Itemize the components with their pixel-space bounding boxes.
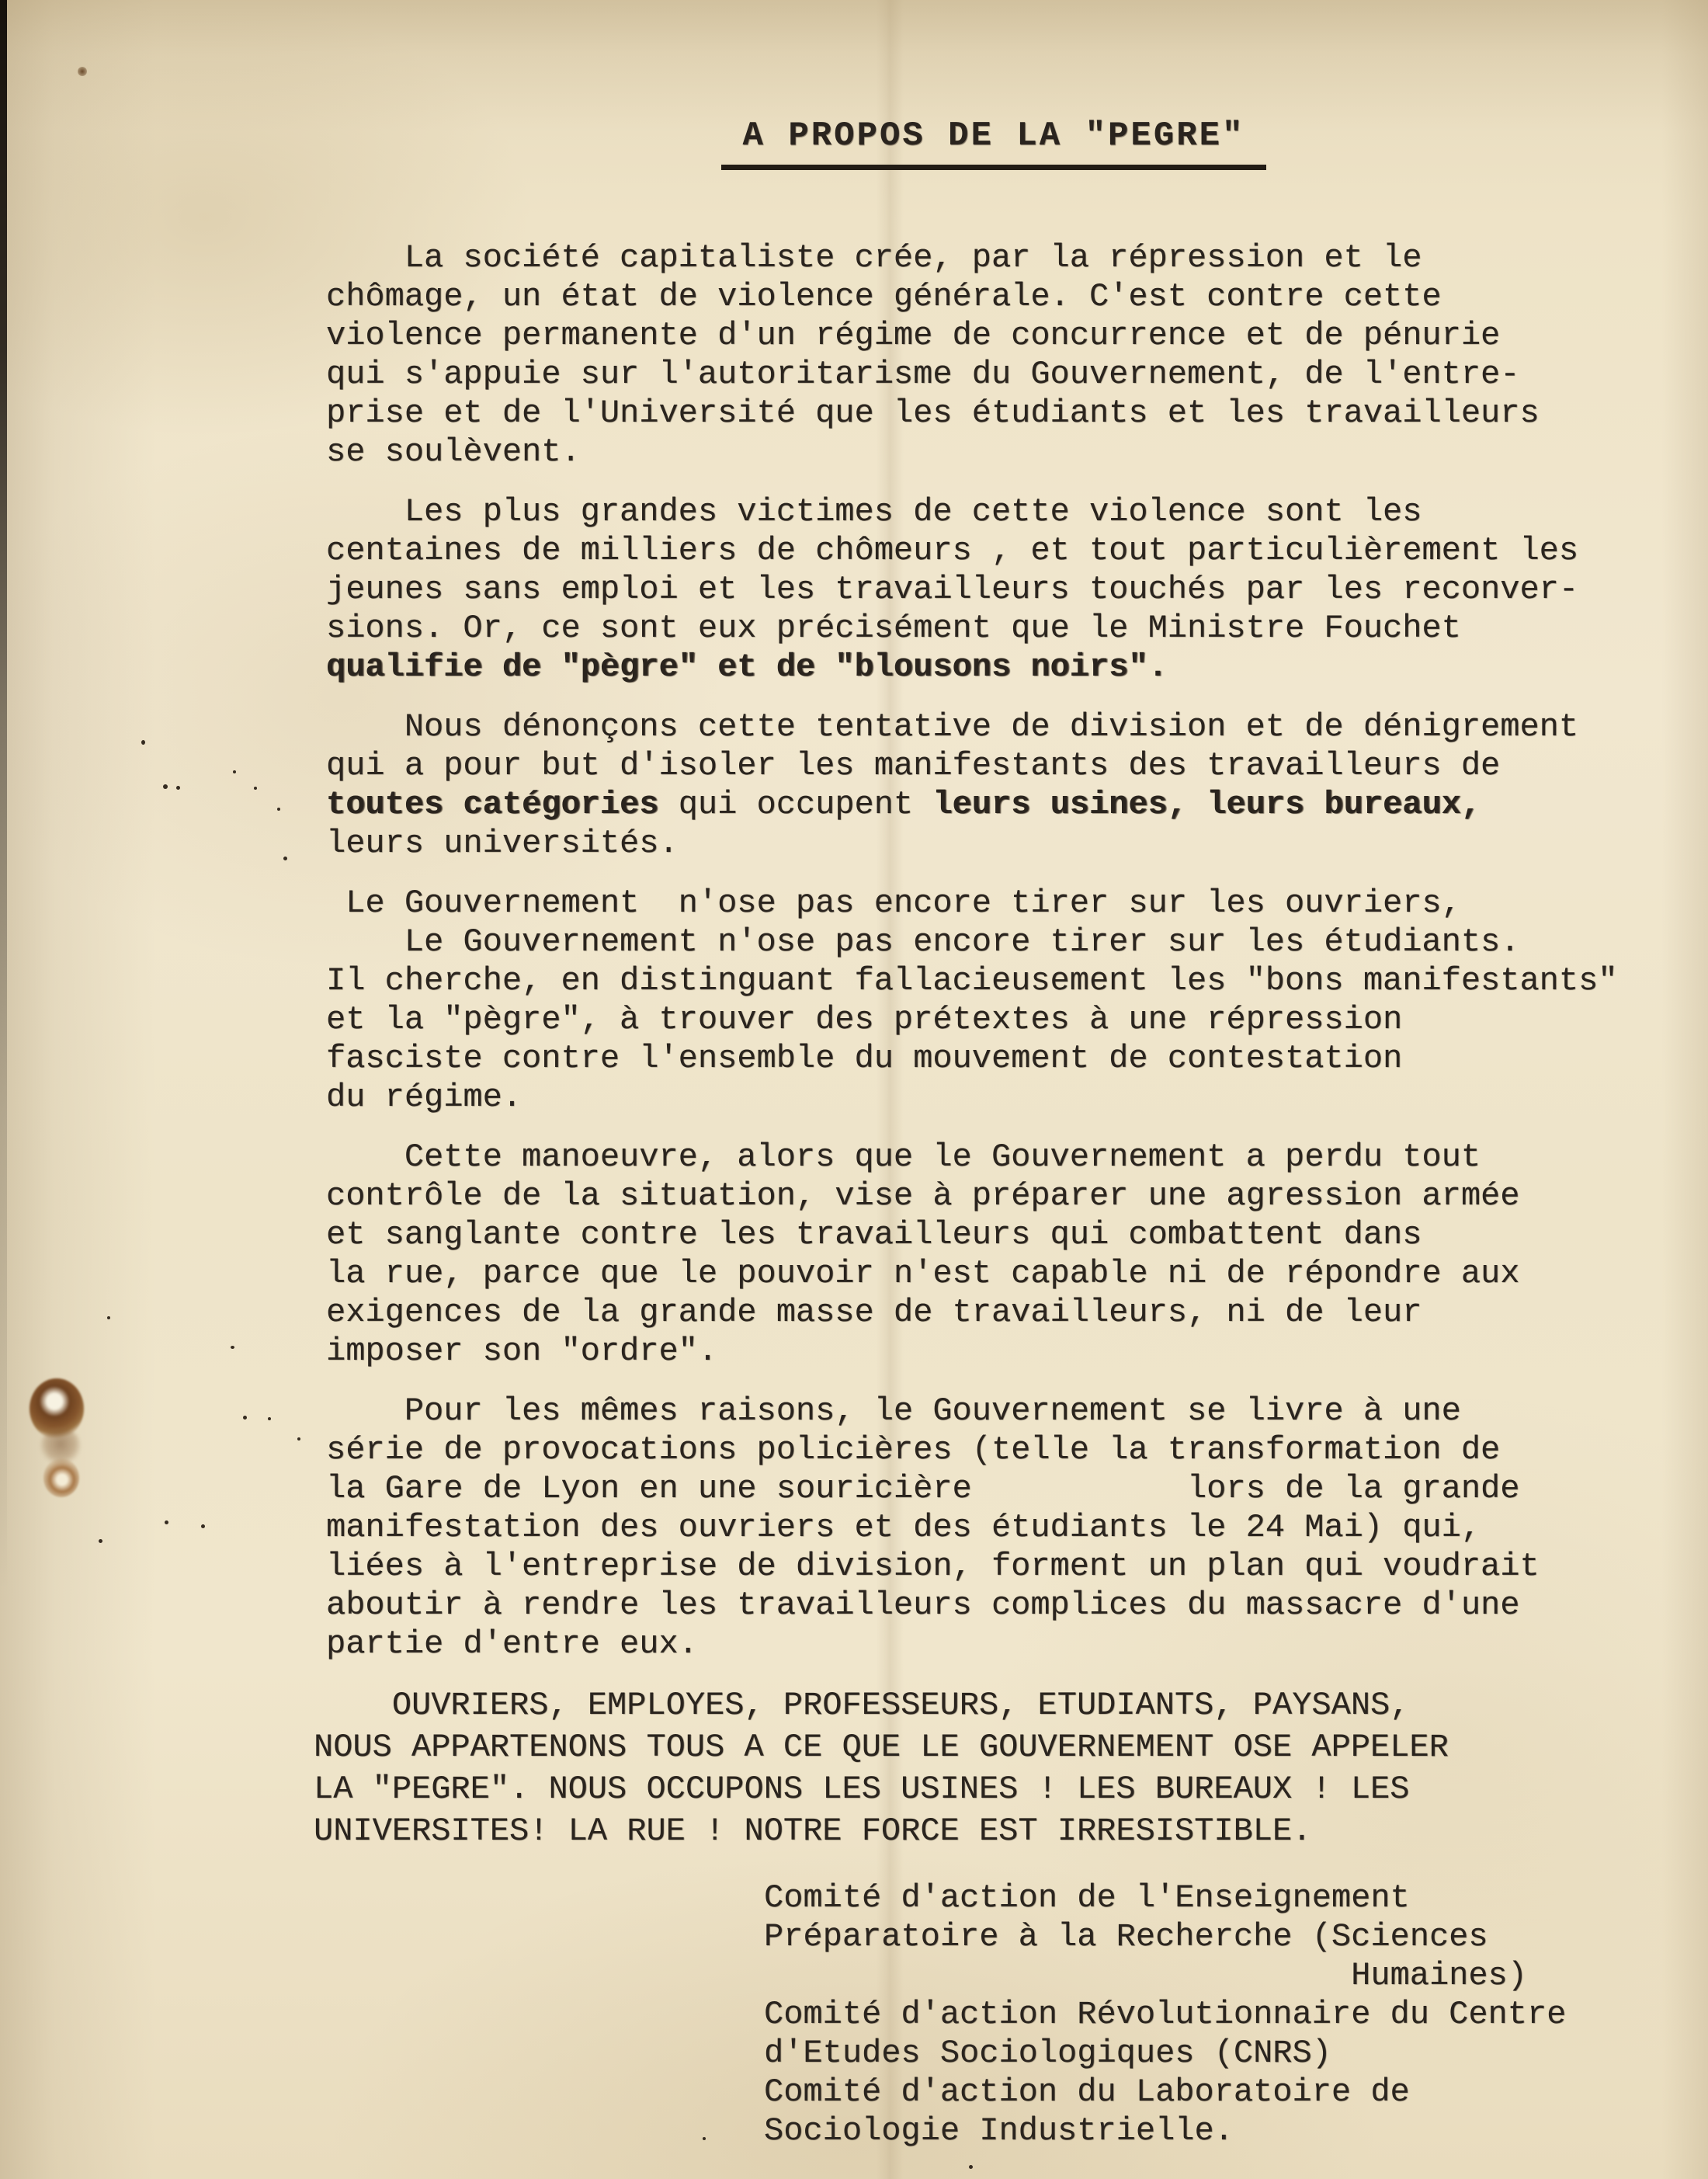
paragraph-2: Les plus grandes victimes de cette viole… — [326, 492, 1677, 686]
text-line: Le Gouvernement n'ose pas encore tirer s… — [326, 923, 1677, 961]
ink-speck — [254, 787, 257, 790]
paragraph-3: Nous dénonçons cette tentative de divisi… — [326, 707, 1677, 863]
text-line: série de provocations policières (telle … — [326, 1430, 1677, 1469]
paper-spot — [78, 67, 87, 76]
ink-speck — [107, 1316, 110, 1319]
text-line: NOUS APPARTENONS TOUS A CE QUE LE GOUVER… — [314, 1726, 1677, 1768]
ink-speck — [176, 786, 180, 790]
text-line: chômage, un état de violence générale. C… — [326, 277, 1677, 316]
text-line: partie d'entre eux. — [326, 1625, 1677, 1663]
ink-speck — [297, 1437, 300, 1441]
ink-speck — [231, 1346, 234, 1349]
text-line: Le Gouvernement n'ose pas encore tirer s… — [326, 884, 1677, 923]
ink-speck — [268, 1417, 271, 1420]
text-line: Préparatoire à la Recherche (Sciences — [764, 1917, 1677, 1956]
text-line: UNIVERSITES! LA RUE ! NOTRE FORCE EST IR… — [314, 1810, 1677, 1852]
text-line: Humaines) — [764, 1956, 1677, 1995]
text-line: liées à l'entreprise de division, formen… — [326, 1547, 1677, 1586]
text-line: Les plus grandes victimes de cette viole… — [326, 492, 1677, 531]
paragraph-5: Cette manoeuvre, alors que le Gouverneme… — [326, 1138, 1677, 1371]
text-line: leurs universités. — [326, 824, 1677, 863]
text-line: Pour les mêmes raisons, le Gouvernement … — [326, 1392, 1677, 1430]
title-row: A PROPOS DE LA "PEGRE" — [326, 0, 1661, 170]
text-line: manifestation des ouvriers et des étudia… — [326, 1508, 1677, 1547]
ink-speck — [703, 2137, 706, 2140]
ink-speck — [283, 857, 287, 860]
ink-speck — [277, 808, 280, 811]
ink-speck — [163, 784, 168, 789]
text-line: exigences de la grande masse de travaill… — [326, 1293, 1677, 1332]
text-line: Il cherche, en distinguant fallacieuseme… — [326, 961, 1677, 1000]
signature-block: Comité d'action de l'EnseignementPrépara… — [764, 1878, 1677, 2150]
scanned-document-page: A PROPOS DE LA "PEGRE" La société capita… — [0, 0, 1708, 2179]
text-line: Nous dénonçons cette tentative de divisi… — [326, 707, 1677, 746]
text-line: se soulèvent. — [326, 433, 1677, 471]
burn-stain-small — [43, 1458, 79, 1497]
text-line: et la "pègre", à trouver des prétextes à… — [326, 1000, 1677, 1039]
text-line: violence permanente d'un régime de concu… — [326, 316, 1677, 355]
ink-speck — [969, 2165, 973, 2169]
text-line: qui a pour but d'isoler les manifestants… — [326, 746, 1677, 785]
text-line: Comité d'action Révolutionnaire du Centr… — [764, 1995, 1677, 2034]
text-line: contrôle de la situation, vise à prépare… — [326, 1176, 1677, 1215]
paragraph-4: Le Gouvernement n'ose pas encore tirer s… — [326, 884, 1677, 1117]
document-body: La société capitaliste crée, par la répr… — [326, 238, 1677, 2150]
ink-speck — [233, 770, 236, 773]
text-line: aboutir à rendre les travailleurs compli… — [326, 1586, 1677, 1625]
paragraph-slogan: OUVRIERS, EMPLOYES, PROFESSEURS, ETUDIAN… — [314, 1684, 1677, 1852]
scan-edge-shadow — [0, 0, 7, 1592]
text-line: du régime. — [326, 1078, 1677, 1117]
text-line: prise et de l'Université que les étudian… — [326, 394, 1677, 433]
text-line: la rue, parce que le pouvoir n'est capab… — [326, 1254, 1677, 1293]
text-line: et sanglante contre les travailleurs qui… — [326, 1215, 1677, 1254]
ink-speck — [201, 1524, 205, 1528]
ink-speck — [99, 1539, 102, 1543]
text-line: d'Etudes Sociologiques (CNRS) — [764, 2034, 1677, 2073]
paragraph-6: Pour les mêmes raisons, le Gouvernement … — [326, 1392, 1677, 1663]
text-line: jeunes sans emploi et les travailleurs t… — [326, 570, 1677, 609]
text-line: Comité d'action de l'Enseignement — [764, 1878, 1677, 1917]
text-line: LA "PEGRE". NOUS OCCUPONS LES USINES ! L… — [314, 1768, 1677, 1810]
text-line: toutes catégories qui occupent leurs usi… — [326, 785, 1677, 824]
document-title: A PROPOS DE LA "PEGRE" — [721, 116, 1267, 170]
text-line: fasciste contre l'ensemble du mouvement … — [326, 1039, 1677, 1078]
text-line: centaines de milliers de chômeurs , et t… — [326, 531, 1677, 570]
text-line: La société capitaliste crée, par la répr… — [326, 238, 1677, 277]
text-line: qualifie de "pègre" et de "blousons noir… — [326, 648, 1677, 686]
ink-speck — [141, 740, 145, 745]
paragraph-1: La société capitaliste crée, par la répr… — [326, 238, 1677, 471]
text-line: qui s'appuie sur l'autoritarisme du Gouv… — [326, 355, 1677, 394]
text-line: OUVRIERS, EMPLOYES, PROFESSEURS, ETUDIAN… — [314, 1684, 1677, 1726]
text-line: sions. Or, ce sont eux précisément que l… — [326, 609, 1677, 648]
text-line: Cette manoeuvre, alors que le Gouverneme… — [326, 1138, 1677, 1176]
text-line: la Gare de Lyon en une souricière lors d… — [326, 1469, 1677, 1508]
text-line: Sociologie Industrielle. — [764, 2111, 1677, 2150]
ink-speck — [243, 1416, 247, 1420]
ink-speck — [165, 1520, 168, 1524]
text-line: imposer son "ordre". — [326, 1332, 1677, 1371]
text-line: Comité d'action du Laboratoire de — [764, 2073, 1677, 2111]
